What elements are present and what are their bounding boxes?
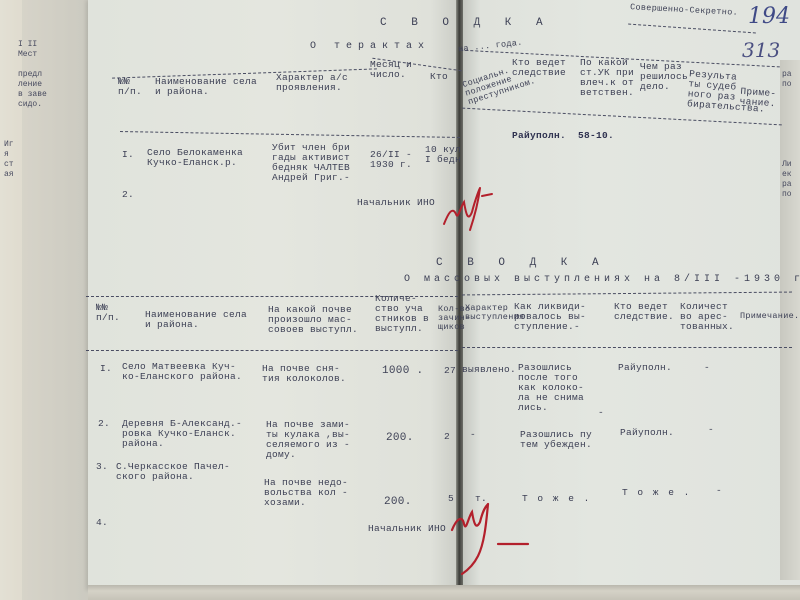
bottom-col-liquidation: Как ликвиди- ровалось вы- ступление.- <box>514 302 586 332</box>
bottom-col-num: №№ п/п. <box>96 303 120 323</box>
bottom-col-arrested: Количест во арес- тованных. <box>680 302 734 332</box>
top-signature-icon <box>438 184 498 234</box>
top-col-who: Кто <box>430 72 448 82</box>
bottom-row2-place: Деревня Б-Александ.- ровка Кучко-Еланск.… <box>122 419 242 449</box>
bottom-row4-num: 4. <box>96 518 108 528</box>
top-col-investigator: Кто ведет следствие <box>512 58 566 78</box>
bottom-row1-leaders: 27 <box>444 366 456 376</box>
top-col-article: По какой ст.УК при влеч.к от ветствен. <box>580 58 634 98</box>
top-row1-date: 26/II - 1930 г. <box>370 150 412 170</box>
bottom-row1-reason: На почве сня- тия колоколов. <box>262 364 346 384</box>
sheet-number-handwritten: 313 <box>742 38 780 62</box>
bottom-row1-character: выявлено. <box>462 365 516 375</box>
bottom-signature-icon <box>448 500 538 580</box>
bottom-col-reason: На какой почве произошло мас- совоев выс… <box>268 305 358 335</box>
bottom-row1-investigator: Райуполн. <box>618 363 672 373</box>
bottom-col-note: Примечание. <box>740 312 799 321</box>
top-row1-who: 10 кул I бедн <box>425 145 461 165</box>
bottom-header-rule-bottom-right <box>462 347 792 348</box>
bottom-row2-character: - <box>470 430 476 440</box>
top-col-closed: Чем раз решилось дело. <box>640 62 688 92</box>
top-col-date: Месяц и число. <box>370 60 412 80</box>
top-row1-num: I. <box>122 150 134 160</box>
bottom-row1-arrested: - <box>704 363 710 373</box>
bottom-row3-reason: На почве недо- вольства кол - хозами. <box>264 478 348 508</box>
top-row2-num: 2. <box>122 190 134 200</box>
bottom-row2-liquidation: Разошлись пу тем убежден. <box>520 430 592 450</box>
bottom-report-subtitle: О массовых выступлениях на 8/III -1930 г… <box>404 275 800 285</box>
bottom-row1-place: Село Матвеевка Куч- ко-Еланского района. <box>122 362 242 382</box>
right-margin-scrap-mid: Ли ек ра по <box>782 160 792 200</box>
bottom-row1-liquidation: Разошлись после того как колоко- ла не с… <box>518 363 584 413</box>
bottom-row2-leaders: 2 <box>444 432 450 442</box>
bottom-row1-dash: - <box>598 408 604 418</box>
bottom-col-investigator: Кто ведет следствие. <box>614 302 674 322</box>
top-col-note: Приме- чание. <box>739 87 776 109</box>
top-report-subtitle: О терактах <box>310 42 430 52</box>
top-col-place: Наименование села и района. <box>155 77 257 97</box>
right-margin-scrap-top: ра по <box>782 70 792 90</box>
bottom-row3-num: 3. <box>96 462 108 472</box>
bottom-row2-reason: На почве зами- ты кулака ,вы- селяемого … <box>266 420 350 460</box>
bottom-row3-investigator: Т о ж е . <box>622 488 691 498</box>
bottom-header-rule-bottom-left <box>86 350 458 351</box>
bottom-row1-num: I. <box>100 364 112 374</box>
bottom-row2-arrested: - <box>708 425 714 435</box>
bottom-signature-label: Начальник ИНО <box>368 524 446 534</box>
top-row1-investigator: Райуполн. <box>512 131 566 141</box>
bottom-row3-arrested: - <box>716 486 722 496</box>
bottom-row3-place: С.Черкасское Пачел- ского района. <box>116 462 230 482</box>
page-stack-edge <box>88 585 800 600</box>
bottom-col-place: Наименование села и района. <box>145 310 247 330</box>
bottom-col-count: Количе- ство уча стников в выступл. <box>375 294 429 334</box>
bottom-row2-count: 200. <box>386 433 414 443</box>
top-col-nature: Характер а/с проявления. <box>276 73 348 93</box>
bottom-row2-num: 2. <box>98 419 110 429</box>
top-col-num: №№ п/п. <box>118 77 142 97</box>
top-row1-place: Село Белокаменка Кучко-Еланск.р. <box>147 148 243 168</box>
bottom-report-title: С В О Д К А <box>436 258 608 268</box>
left-margin-scrap-mid: Иг я ст ая <box>4 140 14 180</box>
top-row1-nature: Убит член бри гады активист бедняк ЧАЛТЕ… <box>272 143 350 183</box>
page-number-handwritten: 194 <box>748 4 790 29</box>
left-margin-scrap-top: I II Мест предл ление в заве сидо. <box>18 40 47 110</box>
top-row1-article: 58-10. <box>578 131 614 141</box>
bottom-row2-investigator: Райуполн. <box>620 428 674 438</box>
top-signature-label: Начальник ИНО <box>357 198 435 208</box>
top-report-title: С В О Д К А <box>380 18 552 28</box>
bottom-row3-count: 200. <box>384 497 412 507</box>
bottom-row1-count: 1000 . <box>382 366 423 376</box>
